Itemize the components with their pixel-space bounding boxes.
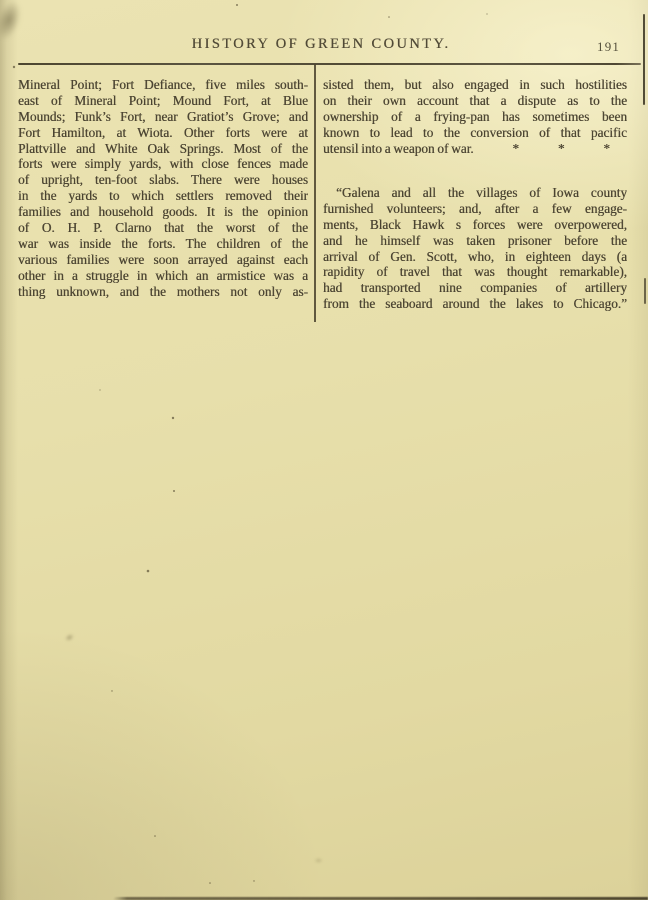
text-line: war was inside the forts. The children o… [18,236,308,252]
book-page: HISTORY OF GREEN COUNTY. 191 Mineral Poi… [0,0,648,900]
text-line: families and household goods. It is the … [18,204,308,220]
text-line: Mineral Point; Fort Defiance, five miles… [18,77,308,93]
asterisk: * [512,141,519,157]
left-column: Mineral Point; Fort Defiance, five miles… [18,77,308,299]
text-line: known to lead to the conversion of that … [323,125,627,141]
text-line: other in a struggle in which an armistic… [18,268,308,284]
text-line: in the yards to which settlers removed t… [18,188,308,204]
scan-smudge [62,630,78,645]
text-line: various families were soon arrayed again… [18,252,308,268]
text-line: “Galena and all the villages of Iowa cou… [323,185,627,201]
text-line: ments, Black Hawk s forces were overpowe… [323,217,627,233]
page-header: HISTORY OF GREEN COUNTY. 191 [0,0,648,60]
text-line: thing unknown, and the mothers not only … [18,284,308,300]
asterisk: * [603,141,610,157]
scan-smudge [313,857,324,864]
header-rule [18,63,641,65]
column-divider-rule [314,64,316,322]
text-line: sisted them, but also engaged in such ho… [323,77,627,93]
text-line: on their own account that a dispute as t… [323,93,627,109]
text-line: furnished volunteers; and, after a few e… [323,201,627,217]
text-line: of O. H. P. Clarno that the worst of the [18,220,308,236]
page-edge-mark [644,278,646,304]
text-line: Mounds; Funk’s Fort, near Gratiot’s Grov… [18,109,308,125]
asterisk: * [558,141,565,157]
page-bottom-edge-shadow [113,897,648,900]
text-line: east of Mineral Point; Mound Fort, at Bl… [18,93,308,109]
text-line: Fort Hamilton, at Wiota. Other forts wer… [18,125,308,141]
text-line: and he himself was taken prisoner before… [323,233,627,249]
text-line: Plattville and White Oak Springs. Most o… [18,141,308,157]
right-column: sisted them, but also engaged in such ho… [323,77,627,312]
star-separator-line: utensil into a weapon of war. * * * [323,141,627,157]
text-line: rapidity of travel that was thought rema… [323,264,627,280]
running-title: HISTORY OF GREEN COUNTY. [0,36,642,53]
text-line: of upright, ten-foot slabs. There were h… [18,172,308,188]
paragraph-one: sisted them, but also engaged in such ho… [323,77,627,141]
text-line: arrival of Gen. Scott, who, in eighteen … [323,249,627,265]
page-number: 191 [597,39,620,55]
text-line: ownership of a frying-pan has sometimes … [323,109,627,125]
text-line: had transported nine companies of artill… [323,280,627,296]
paragraph-two: “Galena and all the villages of Iowa cou… [323,185,627,312]
text-line: forts were simply yards, with close fenc… [18,156,308,172]
star-line-text: utensil into a weapon of war. [323,141,474,157]
text-line: from the seaboard around the lakes to Ch… [323,296,627,312]
